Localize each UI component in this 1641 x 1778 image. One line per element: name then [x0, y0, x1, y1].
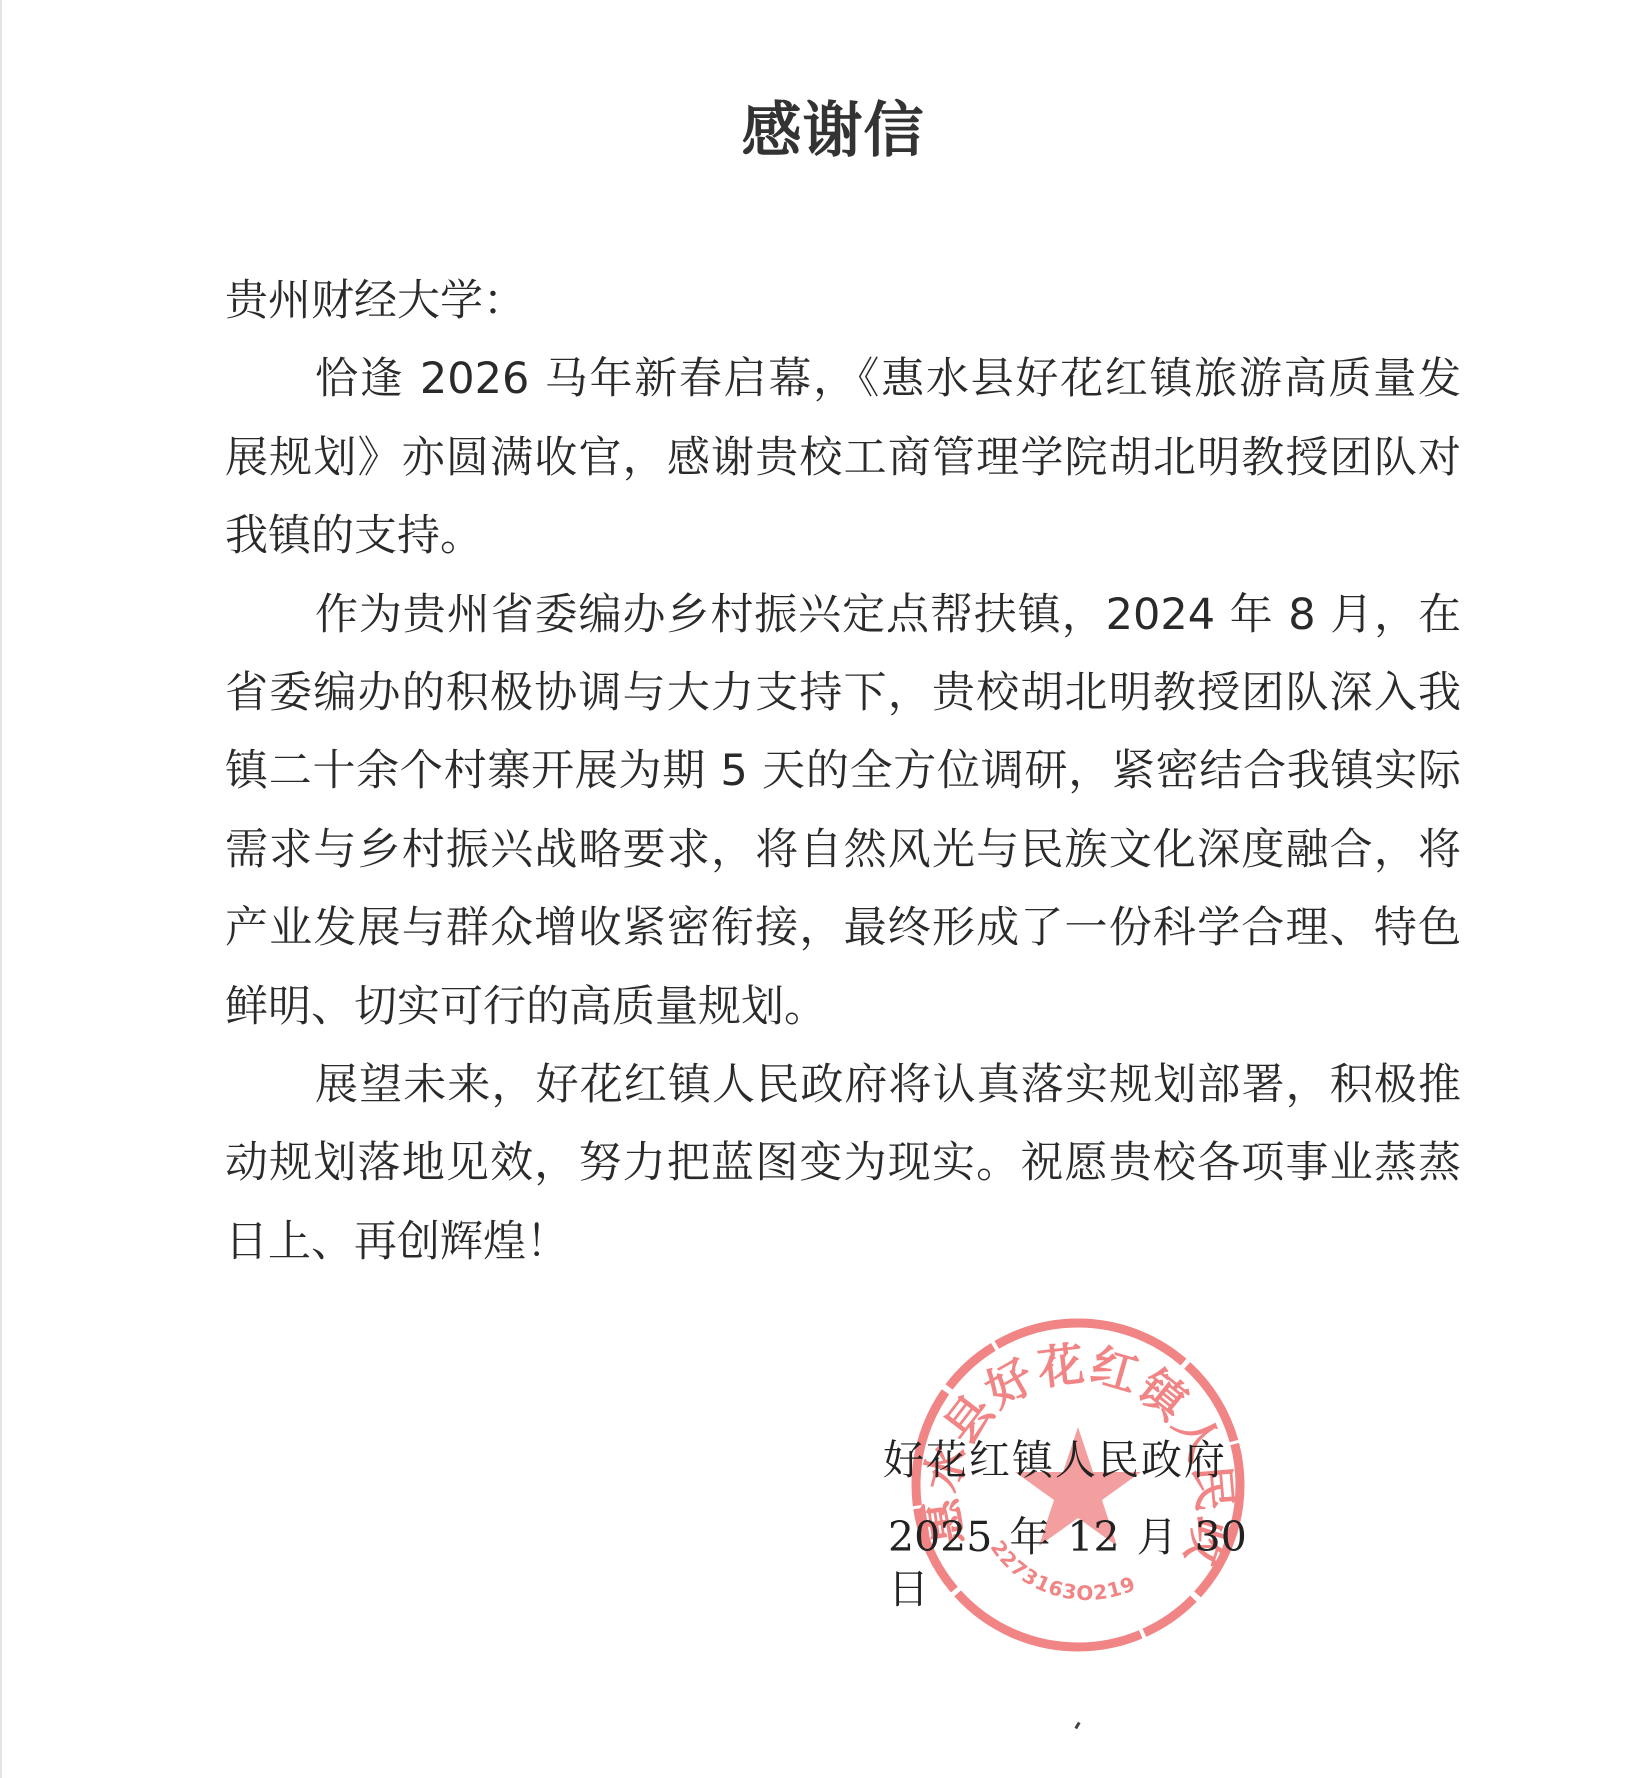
paragraph-1: 恰逢 2026 马年新春启幕，《惠水县好花红镇旅游高质量发展规划》亦圆满收官，感… [225, 340, 1461, 575]
letter-body: 贵州财经大学： 恰逢 2026 马年新春启幕，《惠水县好花红镇旅游高质量发展规划… [225, 262, 1461, 1281]
salutation: 贵州财经大学： [225, 262, 1461, 340]
scan-edge [0, 0, 2, 1778]
letter-page: 感谢信 贵州财经大学： 恰逢 2026 马年新春启幕，《惠水县好花红镇旅游高质量… [0, 0, 1641, 1778]
paragraph-2: 作为贵州省委编办乡村振兴定点帮扶镇，2024 年 8 月，在省委编办的积极协调与… [225, 576, 1461, 1046]
signature-organization: 好花红镇人民政府 [883, 1434, 1243, 1486]
paragraph-3: 展望未来，好花红镇人民政府将认真落实规划部署，积极推动规划落地见效，努力把蓝图变… [225, 1046, 1461, 1281]
document-title: 感谢信 [0, 96, 1641, 166]
signature-date: 2025 年 12 月 30 日 [888, 1511, 1248, 1615]
scan-speck [1074, 1722, 1080, 1730]
